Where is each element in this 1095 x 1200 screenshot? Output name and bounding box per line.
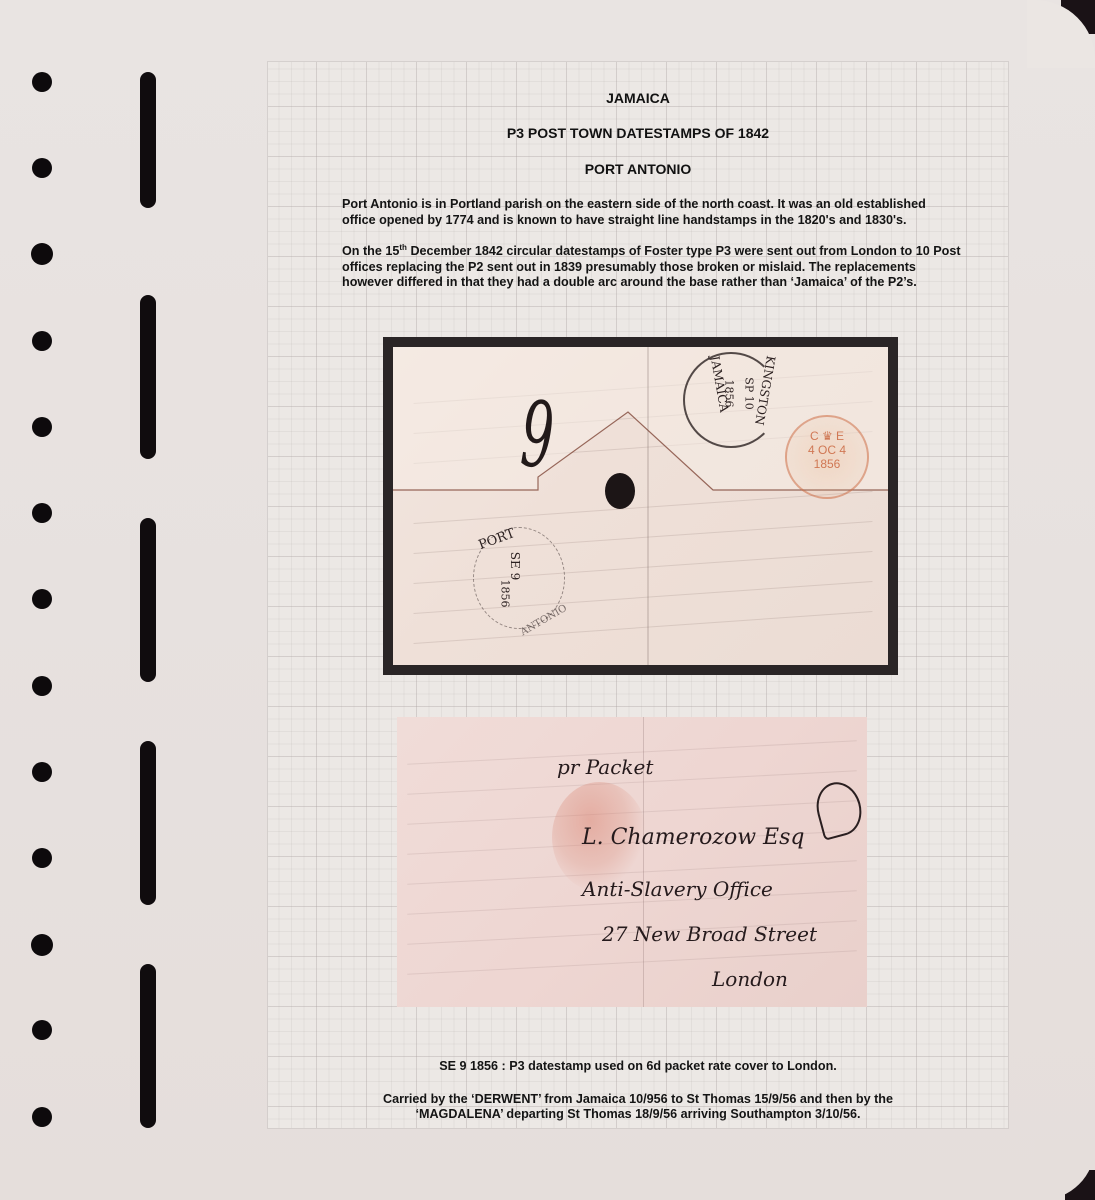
binder-hole [31,934,53,956]
caption-route: Carried by the ‘DERWENT’ from Jamaica 10… [268,1092,1008,1108]
stamp-line: C ♛ E [787,429,867,443]
page-subtitle: P3 POST TOWN DATESTAMPS OF 1842 [268,125,1008,141]
address-line: Anti-Slavery Office [582,877,773,901]
address-city: London [712,967,788,991]
stamp-date: SE 9 [508,552,522,580]
stamp-year: 1856 [723,380,736,408]
binder-hole [32,158,52,178]
cover-back-mount: 9 JAMAICA SP 10 1856 KINGSTON C ♛ E 4 OC… [383,337,898,675]
album-page: JAMAICA P3 POST TOWN DATESTAMPS OF 1842 … [0,0,1095,1200]
intro-paragraph-1: Port Antonio is in Portland parish on th… [342,197,962,228]
binder-slot [140,295,156,459]
stamp-date: SP 10 [743,377,756,409]
intro-paragraph-2: On the 15th December 1842 circular dates… [342,244,962,291]
binder-slot [140,518,156,682]
paragraph-text: December 1842 circular datestamps of Fos… [342,244,961,289]
binder-hole [32,1020,52,1040]
binder-hole [32,417,52,437]
stamp-year: 1856 [499,580,512,608]
route-endorsement: pr Packet [557,755,653,779]
binder-hole [32,589,52,609]
addressee: L. Chamerozow Esq [582,825,804,850]
caption-date: SE 9 1856 : P3 datestamp used on 6d pack… [268,1059,1008,1075]
binder-hole [32,848,52,868]
binder-hole [32,762,52,782]
caption-route-cont: ‘MAGDALENA’ departing St Thomas 18/9/56 … [268,1107,1008,1123]
binder-slot [140,72,156,208]
binder-hole [31,243,53,265]
page-corner-top-right [1061,0,1095,34]
binder-hole [32,331,52,351]
paragraph-text: On the 15 [342,244,399,258]
page-corner-bottom-right [1065,1170,1095,1200]
binder-hole [32,1107,52,1127]
binder-hole [32,503,52,523]
cover-back-image: 9 JAMAICA SP 10 1856 KINGSTON C ♛ E 4 OC… [393,347,888,665]
cover-front-image: pr Packet L. Chamerozow Esq Anti-Slavery… [397,717,867,1007]
superscript: th [399,243,407,252]
envelope-flap [393,347,888,665]
section-title: PORT ANTONIO [268,161,1008,177]
stamp-line: 1856 [787,457,867,471]
binder-slot [140,741,156,905]
binder-hole [32,676,52,696]
london-arrival-datestamp: C ♛ E 4 OC 4 1856 [785,415,869,499]
page-title: JAMAICA [268,90,1008,106]
address-line: 27 New Broad Street [602,922,817,946]
manuscript-rate: 9 [518,379,556,492]
stamp-line: 4 OC 4 [787,443,867,457]
binder-hole [32,72,52,92]
wax-seal [605,473,635,509]
binder-slot [140,964,156,1128]
